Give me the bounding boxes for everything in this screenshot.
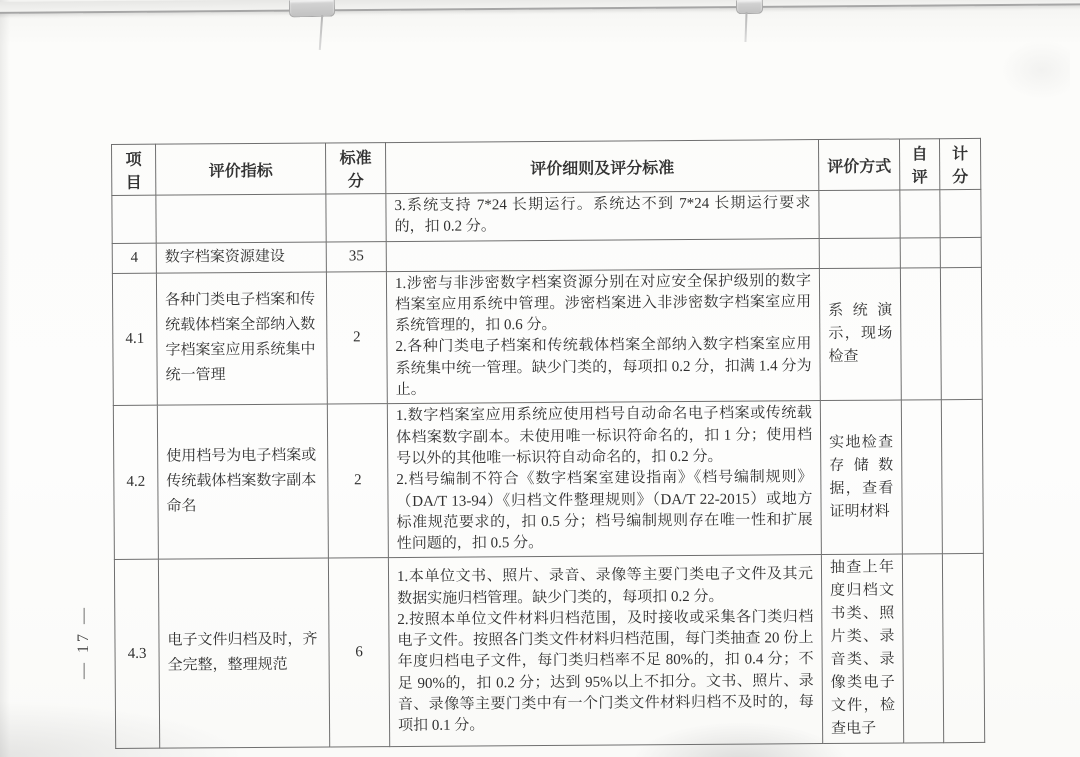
- table-row: 4.1 各种门类电子档案和传统载体档案全部纳入数字档案室应用系统集中统一管理 2…: [112, 267, 982, 406]
- table-row: 3.系统支持 7*24 长期运行。系统达不到 7*24 长期运行要求的，扣 0.…: [112, 189, 981, 243]
- cell-indicator: [156, 194, 326, 243]
- cell-method: 实地检查存储数据，查看证明材料: [820, 400, 902, 555]
- cell-indicator: 电子文件归档及时，齐全完整，整理规范: [158, 558, 329, 748]
- column-header-method: 评价方式: [818, 139, 899, 191]
- cell-score: 6: [328, 558, 389, 747]
- cell-rules: [386, 238, 819, 271]
- cell-points: [940, 237, 981, 267]
- cell-rules: 1.涉密与非涉密数字档案资源分别在对应安全保护级别的数字档案室应用系统中管理。涉…: [386, 268, 820, 404]
- cell-rules: 3.系统支持 7*24 长期运行。系统达不到 7*24 长期运行要求的，扣 0.…: [386, 191, 819, 242]
- cell-rules: 1.本单位文书、照片、录音、录像等主要门类电子文件及其元数据实施归档管理。缺少门…: [388, 555, 822, 747]
- column-header-rules: 评价细则及评分标准: [385, 140, 818, 194]
- cell-item: 4.3: [114, 560, 159, 749]
- cell-points: [940, 189, 981, 237]
- column-header-score: 标准分: [325, 143, 385, 194]
- cell-item: 4: [112, 243, 156, 273]
- cell-score: 35: [326, 241, 386, 271]
- cell-points: [941, 400, 983, 554]
- binder-clip-icon: [736, 0, 763, 14]
- cell-indicator: 数字档案资源建设: [156, 242, 326, 273]
- cell-self-score: [900, 237, 940, 267]
- column-header-indicator: 评价指标: [156, 143, 326, 195]
- cell-item: 4.1: [112, 273, 157, 406]
- table-header-row: 项目 评价指标 标准分 评价细则及评分标准 评价方式 自评 计分: [112, 138, 981, 195]
- cell-self-score: [902, 554, 943, 743]
- cell-score: [326, 194, 386, 242]
- column-header-self: 自评: [899, 139, 939, 190]
- cell-method: 抽查上年度归档文书类、照片类、录音类、录像类电子文件，检查电子: [821, 554, 903, 744]
- scan-smudge: [1000, 40, 1070, 100]
- table-row: 4.2 使用档号为电子档案或传统载体档案数字副本命名 2 1.数字档案室应用系统…: [113, 400, 983, 560]
- table-row: 4.3 电子文件归档及时，齐全完整，整理规范 6 1.本单位文书、照片、录音、录…: [114, 554, 984, 749]
- cell-points: [940, 267, 982, 400]
- evaluation-table: 项目 评价指标 标准分 评价细则及评分标准 评价方式 自评 计分 3.系统支持 …: [111, 138, 985, 750]
- cell-score: 2: [327, 404, 388, 558]
- cell-self-score: [901, 400, 942, 554]
- cell-indicator: 各种门类电子档案和传统载体档案全部纳入数字档案室应用系统集中统一管理: [156, 272, 327, 406]
- cell-points: [942, 554, 984, 743]
- page-number: — 17 —: [74, 592, 94, 692]
- cell-self-score: [900, 190, 940, 238]
- scan-left-edge-shade: [0, 0, 10, 757]
- column-header-points: 计分: [939, 138, 980, 189]
- cell-method: [819, 238, 900, 269]
- cell-method: 系统演示，现场检查: [819, 268, 901, 401]
- column-header-item: 项目: [112, 144, 156, 195]
- cell-score: 2: [326, 271, 387, 404]
- cell-item: 4.2: [113, 406, 158, 560]
- cell-rules: 1.数字档案室应用系统应使用档号自动命名电子档案或传统载体档案数字副本。未使用唯…: [387, 401, 821, 558]
- cell-indicator: 使用档号为电子档案或传统载体档案数字副本命名: [157, 404, 328, 559]
- cell-self-score: [900, 267, 941, 400]
- binder-clip-icon: [289, 0, 335, 17]
- cell-item: [112, 195, 156, 243]
- cell-method: [819, 190, 900, 238]
